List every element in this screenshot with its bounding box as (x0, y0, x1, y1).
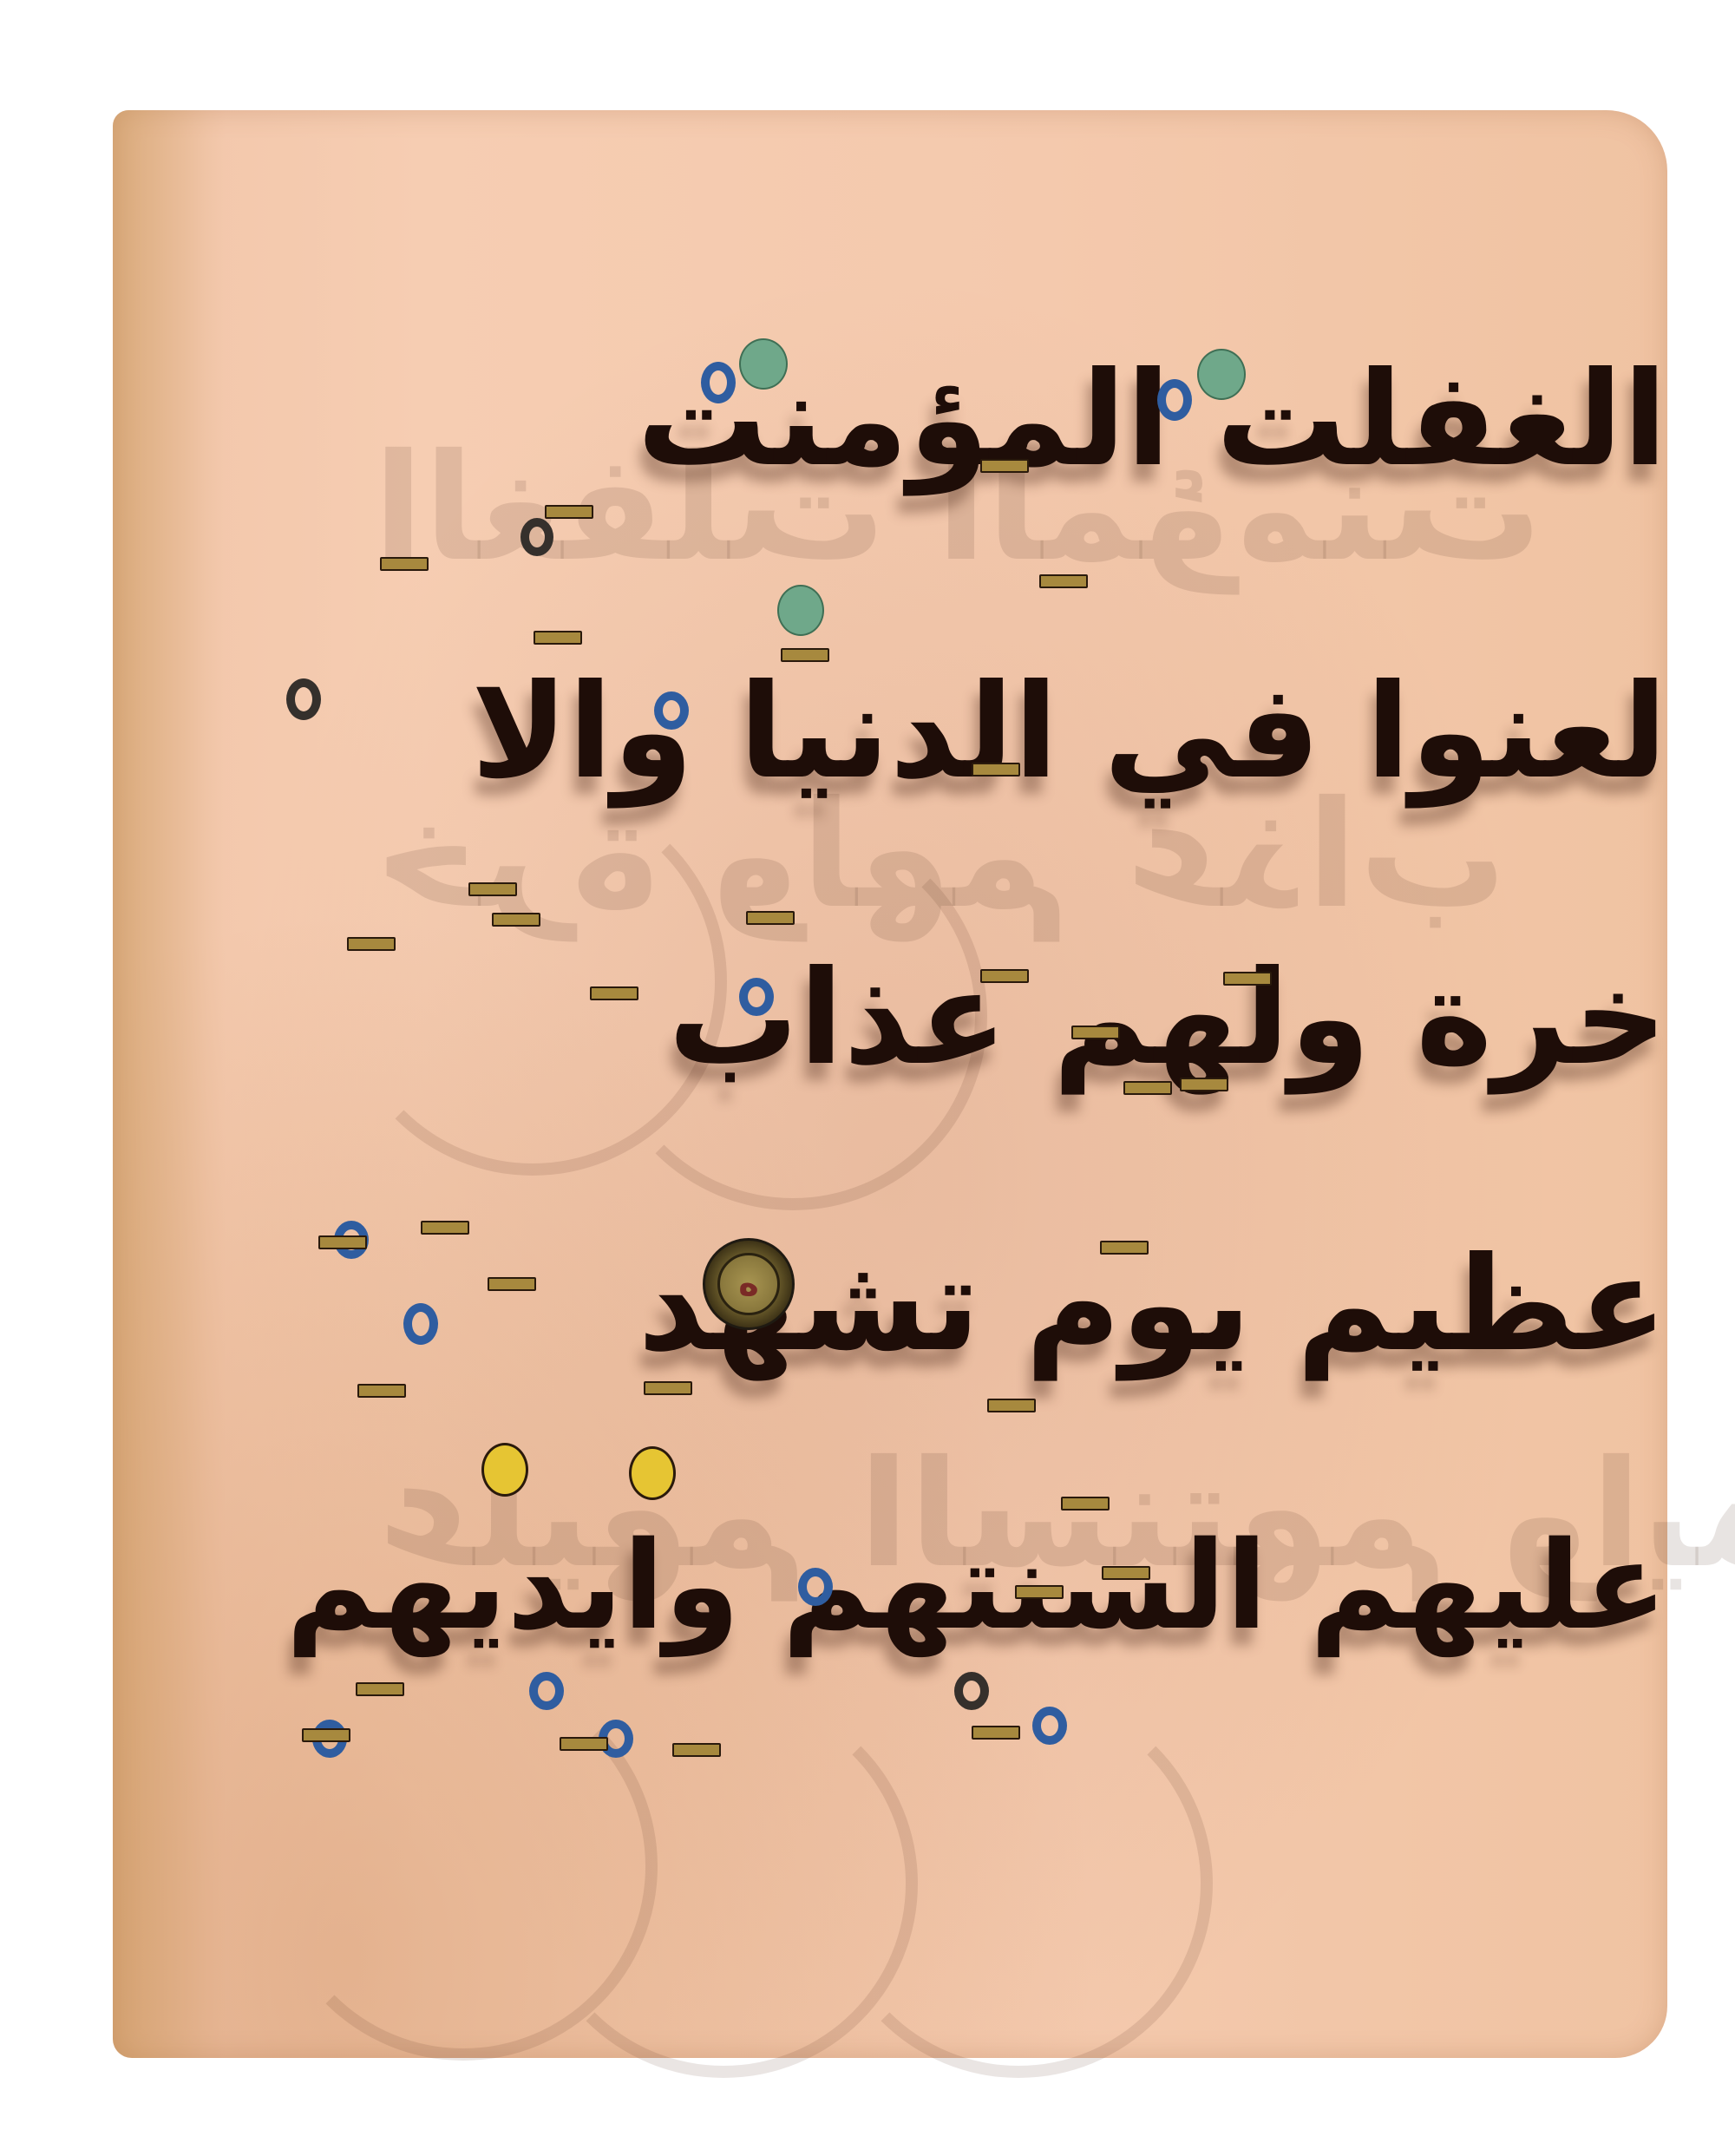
gold-vowel-bar (980, 459, 1029, 473)
green-vowel-dot (777, 585, 824, 636)
text-line-1: الغفلت المؤمنت (113, 344, 1735, 495)
gold-vowel-bar (972, 763, 1020, 777)
gold-vowel-bar (1100, 1241, 1149, 1255)
gold-vowel-bar (560, 1737, 608, 1751)
dark-sukun-mark (954, 1672, 989, 1710)
gold-vowel-bar (590, 986, 638, 1000)
gold-vowel-bar (1071, 1026, 1120, 1039)
gold-vowel-bar (1123, 1081, 1172, 1095)
blue-sukun-mark (529, 1672, 564, 1710)
gold-vowel-bar (1061, 1497, 1110, 1511)
ink-arc (824, 1689, 1213, 2078)
gold-vowel-bar (488, 1277, 536, 1291)
manuscript-leaf: الغفلت المؤمنت خرة ولهم عذاب عليهم السنت… (113, 110, 1667, 2058)
dark-sukun-mark (286, 678, 321, 720)
text-line-2: لعنوا في الدنيا والا (113, 657, 1735, 808)
verse-marker-letter: ه (717, 1253, 780, 1315)
gold-vowel-bar (980, 969, 1029, 983)
gold-vowel-bar (1223, 972, 1272, 986)
gold-vowel-bar (781, 648, 829, 662)
gold-vowel-bar (468, 882, 517, 896)
gold-vowel-bar (347, 937, 396, 951)
dark-sukun-mark (520, 518, 553, 556)
verse-marker-roundel: ه (703, 1238, 795, 1330)
gold-vowel-bar (746, 911, 795, 925)
blue-sukun-mark (701, 362, 736, 403)
gold-vowel-bar (302, 1728, 350, 1742)
gold-vowel-bar (972, 1726, 1020, 1740)
blue-sukun-mark (739, 978, 774, 1016)
blue-sukun-mark (798, 1568, 833, 1606)
yellow-vowel-dot (481, 1443, 528, 1497)
yellow-vowel-dot (629, 1446, 676, 1500)
text-line-3: خرة ولهم عذاب (113, 943, 1735, 1094)
gold-vowel-bar (380, 557, 429, 571)
blue-sukun-mark (403, 1303, 438, 1345)
blue-sukun-mark (654, 691, 689, 730)
gold-vowel-bar (672, 1743, 721, 1757)
blue-sukun-mark (1032, 1707, 1067, 1745)
gold-vowel-bar (357, 1384, 406, 1398)
gold-vowel-bar (644, 1381, 692, 1395)
green-vowel-dot (739, 338, 788, 390)
gold-vowel-bar (534, 631, 582, 645)
text-line-5: عليهم السنتهم وايديهم (113, 1516, 1735, 1657)
gold-vowel-bar (1102, 1566, 1150, 1580)
gold-vowel-bar (1039, 574, 1088, 588)
blue-sukun-mark (1157, 379, 1192, 421)
gold-vowel-bar (987, 1399, 1036, 1412)
gold-vowel-bar (318, 1235, 367, 1249)
gold-vowel-bar (1180, 1078, 1228, 1091)
gold-vowel-bar (492, 913, 540, 927)
gold-vowel-bar (421, 1221, 469, 1235)
gold-vowel-bar (356, 1682, 404, 1696)
green-vowel-dot (1197, 349, 1246, 400)
gold-vowel-bar (1015, 1585, 1064, 1599)
gold-vowel-bar (545, 505, 593, 519)
